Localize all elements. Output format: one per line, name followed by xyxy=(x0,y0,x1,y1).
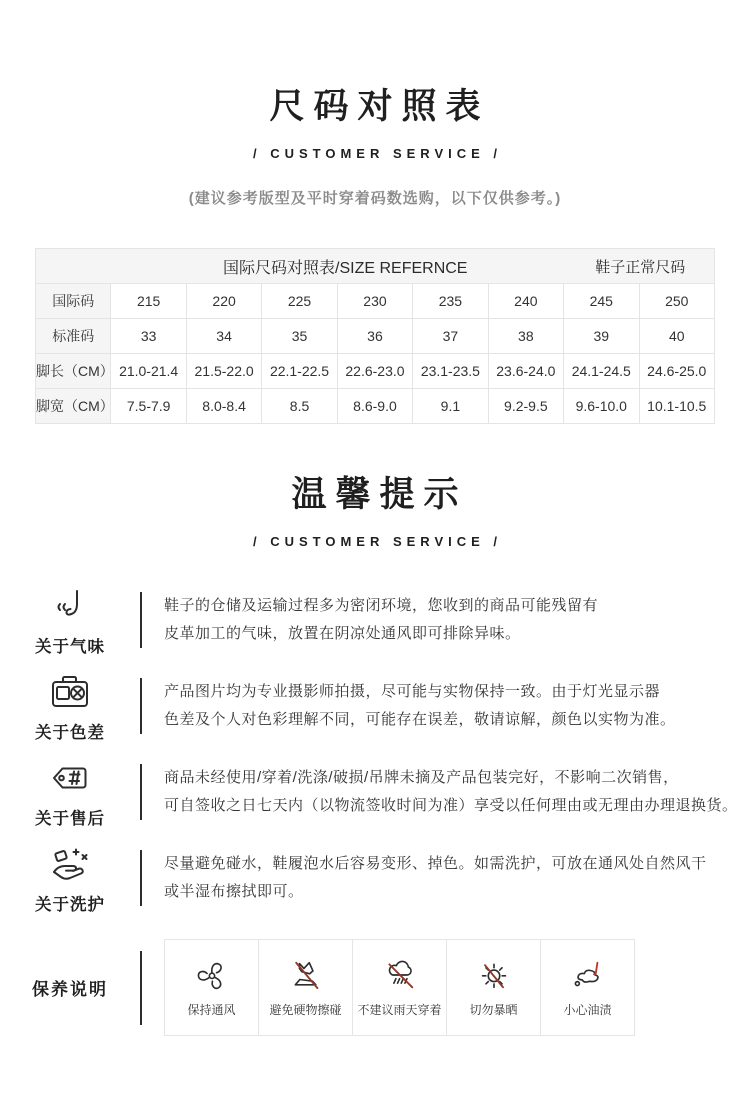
care-item-label: 不建议雨天穿着 xyxy=(357,1001,441,1018)
table-cell: 21.5-22.0 xyxy=(186,354,261,389)
warm-tips-section: 温馨提示 / CUSTOMER SERVICE / 关于气味 鞋子的仓储及运输过… xyxy=(0,424,750,1036)
care-item-no-scraping: 避免硬物擦碰 xyxy=(258,939,353,1036)
size-table: 国际尺码对照表/SIZE REFERNCE 鞋子正常尺码 国际码 215 220… xyxy=(35,248,715,424)
table-row-foot-width: 脚宽（CM） 7.5-7.9 8.0-8.4 8.5 8.6-9.0 9.1 9… xyxy=(36,389,715,424)
no-sun-icon xyxy=(476,957,512,993)
size-section-title: 尺码对照表 xyxy=(0,0,750,128)
table-cell: 240 xyxy=(488,284,563,319)
care-instructions-row: 保养说明 保持通风 xyxy=(0,939,750,1036)
table-cell: 9.1 xyxy=(413,389,488,424)
table-row-international-size: 国际码 215 220 225 230 235 240 245 250 xyxy=(36,284,715,319)
tip-row-washing-care: 关于洗护 尽量避免碰水，鞋履泡水后容易变形、掉色。如需洗护，可放在通风处自然风干… xyxy=(0,835,750,921)
table-cell: 40 xyxy=(639,319,715,354)
table-cell: 35 xyxy=(262,319,337,354)
table-cell: 7.5-7.9 xyxy=(111,389,186,424)
price-tag-icon xyxy=(48,756,92,800)
table-cell: 220 xyxy=(186,284,261,319)
table-cell: 215 xyxy=(111,284,186,319)
table-title-right: 鞋子正常尺码 xyxy=(567,256,715,277)
table-cell: 37 xyxy=(413,319,488,354)
no-rain-icon xyxy=(382,957,418,993)
table-row-foot-length: 脚长（CM） 21.0-21.4 21.5-22.0 22.1-22.5 22.… xyxy=(36,354,715,389)
care-item-no-rain: 不建议雨天穿着 xyxy=(352,939,447,1036)
care-item-ventilation: 保持通风 xyxy=(164,939,259,1036)
size-note: (建议参考版型及平时穿着码数选购，以下仅供参考。) xyxy=(0,187,750,208)
table-cell: 38 xyxy=(488,319,563,354)
care-boxes: 保持通风 避免硬物擦碰 xyxy=(164,939,635,1036)
tip-text-line: 或半湿布擦拭即可。 xyxy=(164,878,707,906)
table-row-standard-size: 标准码 33 34 35 36 37 38 39 40 xyxy=(36,319,715,354)
table-cell: 225 xyxy=(262,284,337,319)
table-cell: 8.6-9.0 xyxy=(337,389,412,424)
table-cell: 230 xyxy=(337,284,412,319)
tip-row-smell: 关于气味 鞋子的仓储及运输过程多为密闭环境，您收到的商品可能残留有 皮革加工的气… xyxy=(0,577,750,663)
table-cell: 9.6-10.0 xyxy=(564,389,639,424)
size-table-header-row: 国际尺码对照表/SIZE REFERNCE 鞋子正常尺码 xyxy=(36,249,715,284)
tip-text-line: 皮革加工的气味，放置在阴凉处通风即可排除异味。 xyxy=(164,620,598,648)
tip-text-line: 尽量避免碰水，鞋履泡水后容易变形、掉色。如需洗护，可放在通风处自然风干 xyxy=(164,850,707,878)
tip-label: 关于气味 xyxy=(35,633,105,657)
table-cell: 23.1-23.5 xyxy=(413,354,488,389)
hand-wash-icon xyxy=(48,842,92,886)
table-cell: 235 xyxy=(413,284,488,319)
table-title-main: 国际尺码对照表/SIZE REFERNCE xyxy=(124,255,567,278)
care-item-label: 切勿暴晒 xyxy=(469,1001,517,1018)
tip-text-line: 商品未经使用/穿着/洗涤/破损/吊牌未摘及产品包装完好，不影响二次销售， xyxy=(164,764,738,792)
size-section-subtitle: / CUSTOMER SERVICE / xyxy=(0,146,750,161)
care-item-label: 小心油渍 xyxy=(563,1001,611,1018)
vertical-divider xyxy=(140,850,142,906)
tips-section-title: 温馨提示 xyxy=(0,424,750,516)
smell-icon xyxy=(48,584,92,628)
camera-icon xyxy=(48,670,92,714)
no-scrape-icon xyxy=(288,957,324,993)
table-cell: 33 xyxy=(111,319,186,354)
table-cell: 24.1-24.5 xyxy=(564,354,639,389)
tips-section-subtitle: / CUSTOMER SERVICE / xyxy=(0,534,750,549)
vertical-divider xyxy=(140,592,142,648)
tip-text-line: 产品图片均为专业摄影师拍摄，尽可能与实物保持一致。由于灯光显示器 xyxy=(164,678,676,706)
tip-row-color-difference: 关于色差 产品图片均为专业摄影师拍摄，尽可能与实物保持一致。由于灯光显示器 色差… xyxy=(0,663,750,749)
tips-list: 关于气味 鞋子的仓储及运输过程多为密闭环境，您收到的商品可能残留有 皮革加工的气… xyxy=(0,577,750,921)
row-label: 标准码 xyxy=(36,319,111,354)
size-chart-section: 尺码对照表 / CUSTOMER SERVICE / (建议参考版型及平时穿着码… xyxy=(0,0,750,424)
tip-text-line: 色差及个人对色彩理解不同，可能存在误差，敬请谅解，颜色以实物为准。 xyxy=(164,706,676,734)
table-cell: 22.6-23.0 xyxy=(337,354,412,389)
vertical-divider xyxy=(140,764,142,820)
table-cell: 22.1-22.5 xyxy=(262,354,337,389)
row-label: 脚长（CM） xyxy=(36,354,111,389)
table-cell: 8.0-8.4 xyxy=(186,389,261,424)
table-cell: 24.6-25.0 xyxy=(639,354,715,389)
tip-text-line: 可自签收之日七天内（以物流签收时间为准）享受以任何理由或无理由办理退换货。 xyxy=(164,792,738,820)
care-item-oil-stain: 小心油渍 xyxy=(540,939,635,1036)
table-cell: 23.6-24.0 xyxy=(488,354,563,389)
care-item-label: 保持通风 xyxy=(187,1001,235,1018)
vertical-divider xyxy=(140,951,142,1025)
row-label: 脚宽（CM） xyxy=(36,389,111,424)
tip-text-line: 鞋子的仓储及运输过程多为密闭环境，您收到的商品可能残留有 xyxy=(164,592,598,620)
table-cell: 36 xyxy=(337,319,412,354)
fan-icon xyxy=(194,957,230,993)
care-item-no-sun: 切勿暴晒 xyxy=(446,939,541,1036)
table-cell: 250 xyxy=(639,284,715,319)
care-item-label: 避免硬物擦碰 xyxy=(269,1001,341,1018)
tip-row-after-sales: 关于售后 商品未经使用/穿着/洗涤/破损/吊牌未摘及产品包装完好，不影响二次销售… xyxy=(0,749,750,835)
tip-label: 关于洗护 xyxy=(35,891,105,915)
care-label: 保养说明 xyxy=(32,975,108,1000)
table-cell: 9.2-9.5 xyxy=(488,389,563,424)
table-cell: 34 xyxy=(186,319,261,354)
tip-label: 关于售后 xyxy=(35,805,105,829)
table-cell: 21.0-21.4 xyxy=(111,354,186,389)
table-cell: 39 xyxy=(564,319,639,354)
oil-stain-icon xyxy=(570,957,606,993)
table-cell: 245 xyxy=(564,284,639,319)
row-label: 国际码 xyxy=(36,284,111,319)
product-detail-page: 尺码对照表 / CUSTOMER SERVICE / (建议参考版型及平时穿着码… xyxy=(0,0,750,1106)
table-cell: 10.1-10.5 xyxy=(639,389,715,424)
vertical-divider xyxy=(140,678,142,734)
tip-label: 关于色差 xyxy=(35,719,105,743)
table-cell: 8.5 xyxy=(262,389,337,424)
